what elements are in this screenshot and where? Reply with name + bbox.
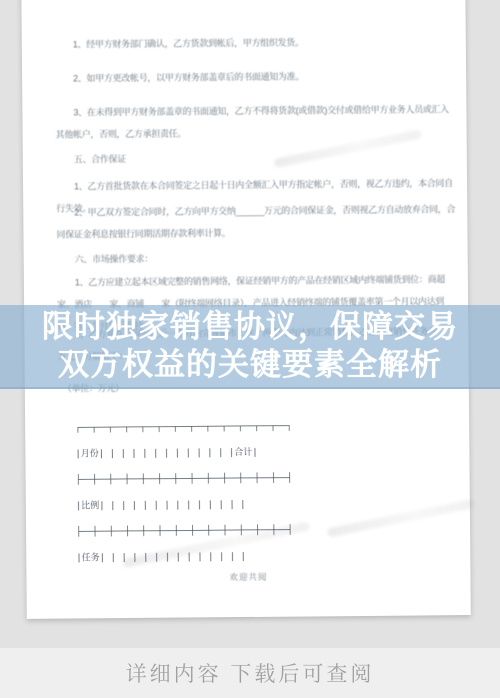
title-banner-overlay: 限时独家销售协议，保障交易 双方权益的关键要素全解析 bbox=[0, 305, 500, 389]
contract-section-heading: 五、合作保证 bbox=[56, 145, 455, 170]
contract-clause: 2、如甲方更改帐号，以甲方财务部盖章后的书面通知为准。 bbox=[55, 64, 454, 89]
table-border-row: ├──┼──┼──┼──┼──┼──┼──┼──┼──┼──┼──┼──┼──┤ bbox=[76, 516, 450, 545]
contract-clause: 1、经甲方财务部门确认，乙方货款到帐后，甲方组织发货。 bbox=[55, 30, 454, 55]
monthly-sales-target-table: ┌──┬──┬──┬──┬──┬──┬──┬──┬──┬──┬──┬──┬──┐… bbox=[75, 412, 450, 571]
closing-note: 欢迎共阅 bbox=[26, 569, 470, 585]
table-border-row: ┌──┬──┬──┬──┬──┬──┬──┬──┬──┬──┬──┬──┬──┐ bbox=[75, 412, 449, 441]
table-border-row: ├──┼──┼──┼──┼──┼──┼──┼──┼──┼──┼──┼──┼──┤ bbox=[76, 464, 450, 493]
contract-clause: 3、在未得到甲方财务部盖章的书面通知，乙方不得将货款(或借款)交付或借给甲方业务… bbox=[55, 98, 454, 145]
download-hint-text: 详细内容 下载后可查阅 bbox=[126, 658, 375, 688]
contract-clause: 2、甲乙双方签定合同时，乙方向甲方交纳______万元的合同保证金，否则视乙方自… bbox=[56, 198, 455, 245]
document-preview-page: 1、经甲方财务部门确认，乙方货款到帐后，甲方组织发货。 2、如甲方更改帐号，以甲… bbox=[0, 0, 500, 698]
contract-section-heading: 六、市场操作要求： bbox=[57, 245, 456, 270]
table-row: |比例| | | | | | | | | | | | | | bbox=[76, 490, 450, 519]
table-row: |月份| | | | | | | | | | | | |合计| bbox=[75, 438, 449, 467]
banner-title-line2: 双方权益的关键要素全解析 bbox=[0, 346, 500, 384]
download-hint-bar[interactable]: 详细内容 下载后可查阅 bbox=[0, 648, 500, 698]
table-row: |任务| | | | | | | | | | | | | | bbox=[76, 542, 450, 571]
banner-title-line1: 限时独家销售协议，保障交易 bbox=[0, 308, 500, 346]
